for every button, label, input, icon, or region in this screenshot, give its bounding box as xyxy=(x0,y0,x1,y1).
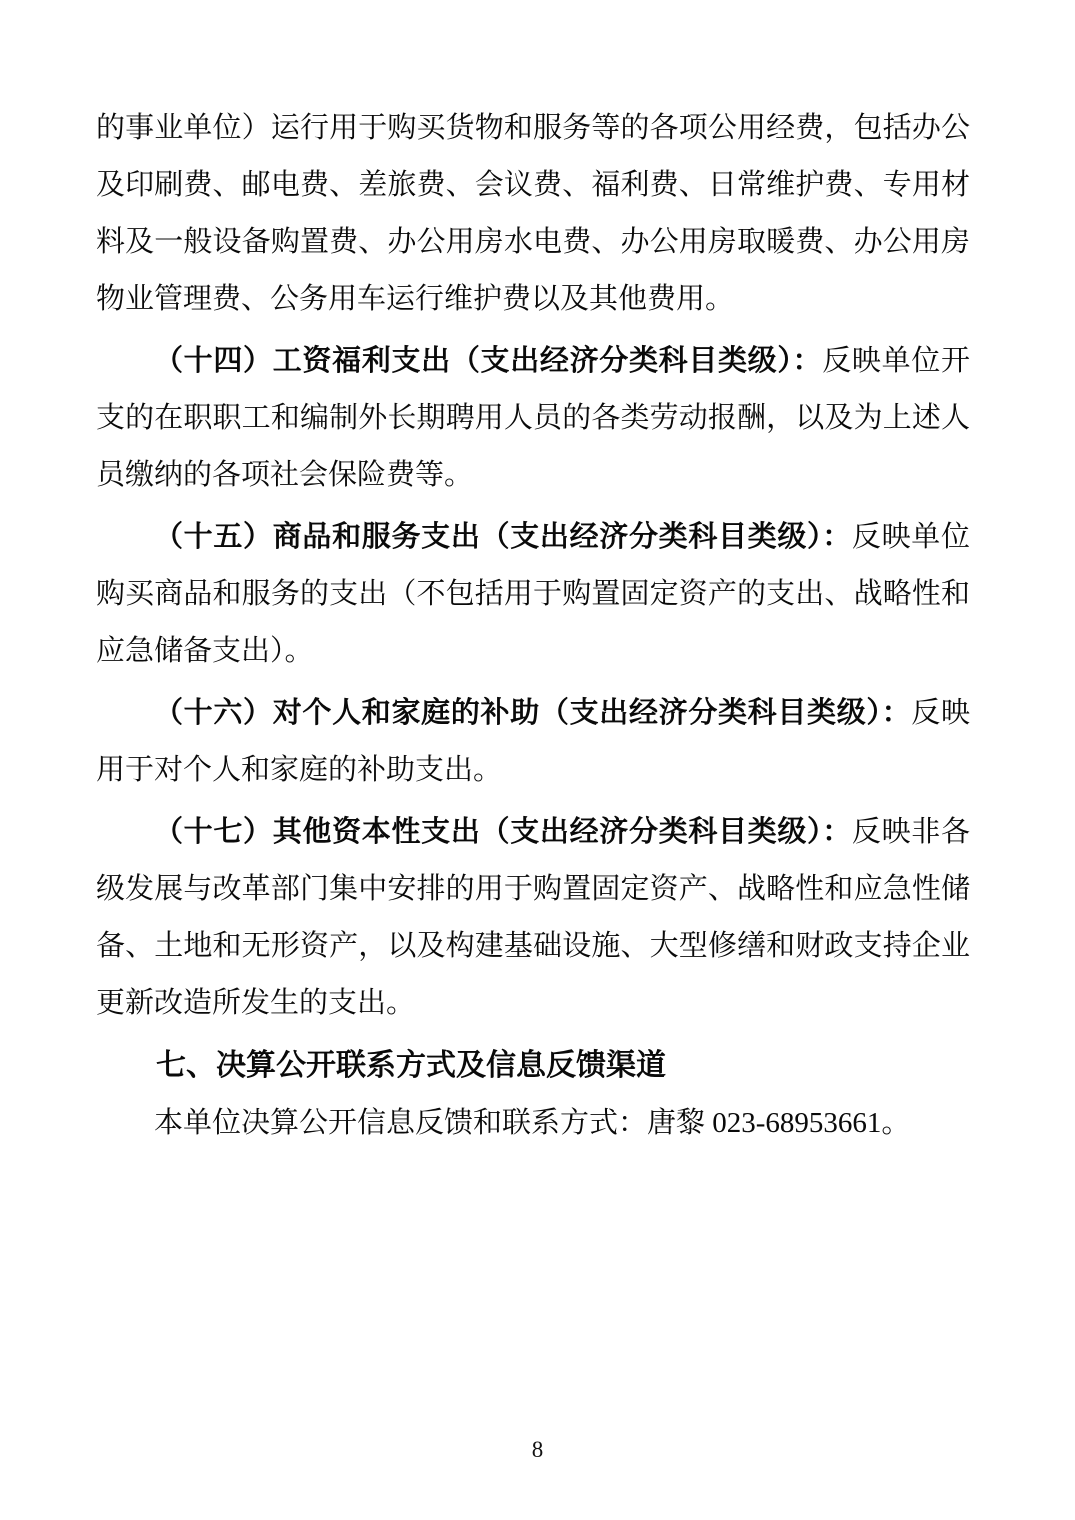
paragraph-item-17-other-capital-expenditure: （十七）其他资本性支出（支出经济分类科目类级）：反映非各级发展与改革部门集中安排… xyxy=(96,804,970,1032)
paragraph-lead: （十四）工资福利支出（支出经济分类科目类级）： xyxy=(154,345,822,377)
document-body: 的事业单位）运行用于购买货物和服务等的各项公用经费，包括办公及印刷费、邮电费、差… xyxy=(96,100,970,1152)
paragraph-lead: （十七）其他资本性支出（支出经济分类科目类级）： xyxy=(154,816,852,848)
paragraph-item-16-individual-family-subsidy: （十六）对个人和家庭的补助（支出经济分类科目类级）：反映用于对个人和家庭的补助支… xyxy=(96,685,970,799)
paragraph-text: 的事业单位）运行用于购买货物和服务等的各项公用经费，包括办公及印刷费、邮电费、差… xyxy=(96,112,970,315)
page-number: 8 xyxy=(0,1436,1075,1464)
paragraph-item-14-wage-welfare: （十四）工资福利支出（支出经济分类科目类级）：反映单位开支的在职职工和编制外长期… xyxy=(96,333,970,504)
paragraph-contact-info: 本单位决算公开信息反馈和联系方式：唐黎 023-68953661。 xyxy=(96,1095,970,1152)
paragraph-lead: （十五）商品和服务支出（支出经济分类科目类级）： xyxy=(154,521,852,553)
section-heading-contact-channel: 七、决算公开联系方式及信息反馈渠道 xyxy=(96,1037,970,1094)
paragraph-item-15-goods-services: （十五）商品和服务支出（支出经济分类科目类级）：反映单位购买商品和服务的支出（不… xyxy=(96,509,970,680)
document-page: 的事业单位）运行用于购买货物和服务等的各项公用经费，包括办公及印刷费、邮电费、差… xyxy=(0,0,1075,1520)
paragraph-lead: （十六）对个人和家庭的补助（支出经济分类科目类级）： xyxy=(154,697,911,729)
paragraph-public-expense-continuation: 的事业单位）运行用于购买货物和服务等的各项公用经费，包括办公及印刷费、邮电费、差… xyxy=(96,100,970,328)
